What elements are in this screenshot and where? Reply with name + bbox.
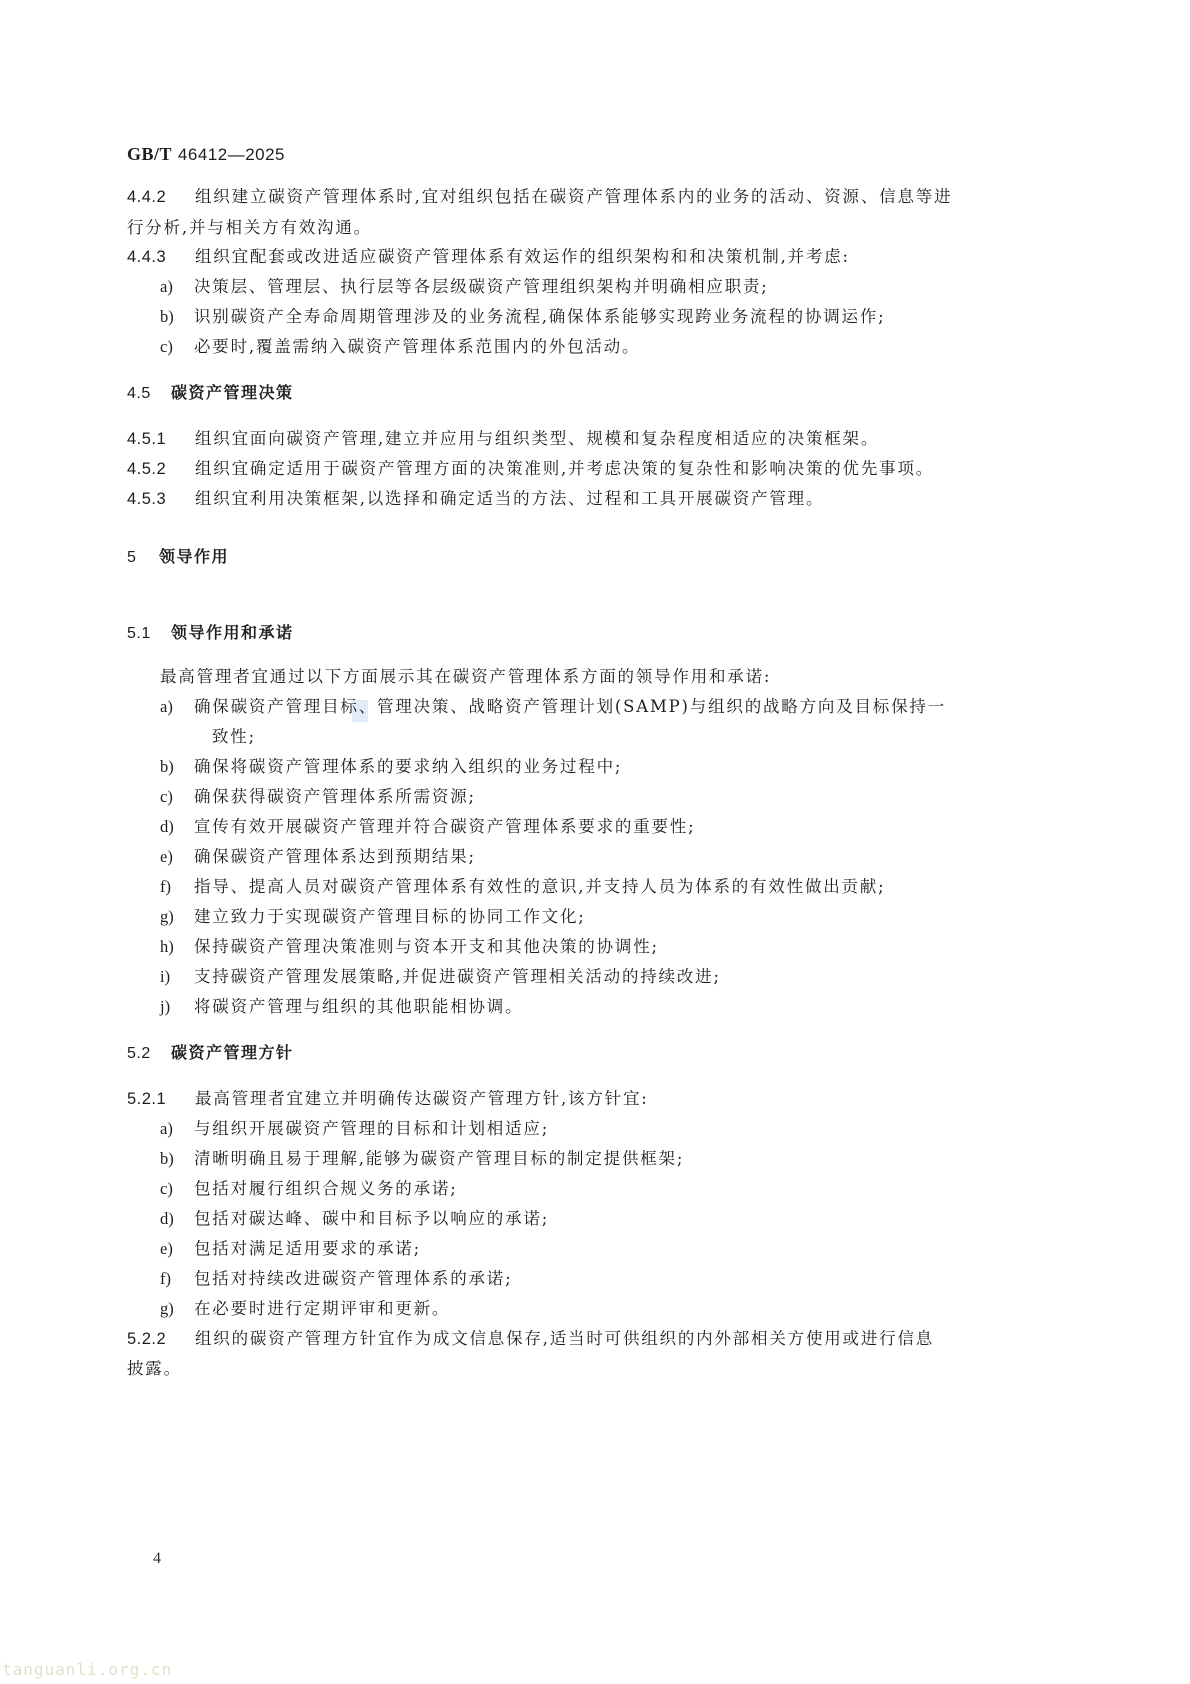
list-item-continuation: 致性; <box>212 726 256 748</box>
item-label: g) <box>160 1298 194 1320</box>
standard-prefix: GB/T <box>127 144 172 164</box>
watermark: tanguanli.org.cn <box>2 1660 172 1679</box>
clause-4-4-2-continuation: 行分析,并与相关方有效沟通。 <box>127 217 372 239</box>
item-label: b) <box>160 756 194 778</box>
item-text: 将碳资产管理与组织的其他职能相协调。 <box>194 997 523 1016</box>
clause-text: 组织宜利用决策框架,以选择和确定适当的方法、过程和工具开展碳资产管理。 <box>195 489 824 508</box>
item-text: 在必要时进行定期评审和更新。 <box>194 1299 450 1318</box>
item-label: e) <box>160 1238 194 1260</box>
clause-4-5-1: 4.5.1组织宜面向碳资产管理,建立并应用与组织类型、规模和复杂程度相适应的决策… <box>127 428 879 450</box>
list-item: a)确保碳资产管理目标、管理决策、战略资产管理计划(SAMP)与组织的战略方向及… <box>160 696 946 718</box>
item-text: 必要时,覆盖需纳入碳资产管理体系范围内的外包活动。 <box>194 337 640 356</box>
item-text: 包括对履行组织合规义务的承诺; <box>194 1179 458 1198</box>
clause-text-continuation: 披露。 <box>127 1359 182 1378</box>
item-text: 支持碳资产管理发展策略,并促进碳资产管理相关活动的持续改进; <box>194 967 721 986</box>
item-label: b) <box>160 306 194 328</box>
clause-5-1-intro: 最高管理者宜通过以下方面展示其在碳资产管理体系方面的领导作用和承诺: <box>160 666 771 688</box>
list-item: b)确保将碳资产管理体系的要求纳入组织的业务过程中; <box>160 756 622 778</box>
item-label: h) <box>160 936 194 958</box>
clause-number: 5.2.1 <box>127 1088 195 1110</box>
section-number: 5.2 <box>127 1043 171 1065</box>
item-label: a) <box>160 696 194 718</box>
section-heading-4-5: 4.5碳资产管理决策 <box>127 382 294 405</box>
list-item: b)识别碳资产全寿命周期管理涉及的业务流程,确保体系能够实现跨业务流程的协调运作… <box>160 306 886 328</box>
clause-5-2-2-continuation: 披露。 <box>127 1358 182 1380</box>
item-text: 确保获得碳资产管理体系所需资源; <box>194 787 476 806</box>
clause-5-2-2: 5.2.2组织的碳资产管理方针宜作为成文信息保存,适当时可供组织的内外部相关方使… <box>127 1328 934 1350</box>
item-label: d) <box>160 1208 194 1230</box>
item-text: 识别碳资产全寿命周期管理涉及的业务流程,确保体系能够实现跨业务流程的协调运作; <box>194 307 886 326</box>
item-label: g) <box>160 906 194 928</box>
list-item: g)在必要时进行定期评审和更新。 <box>160 1298 450 1320</box>
clause-4-4-2: 4.4.2组织建立碳资产管理体系时,宜对组织包括在碳资产管理体系内的业务的活动、… <box>127 186 952 208</box>
standard-number: 46412—2025 <box>178 145 285 164</box>
item-label: c) <box>160 336 194 358</box>
list-item: d)包括对碳达峰、碳中和目标予以响应的承诺; <box>160 1208 549 1230</box>
section-number: 5.1 <box>127 623 171 645</box>
item-text: 包括对满足适用要求的承诺; <box>194 1239 421 1258</box>
list-item: a)与组织开展碳资产管理的目标和计划相适应; <box>160 1118 549 1140</box>
item-text: 决策层、管理层、执行层等各层级碳资产管理组织架构并明确相应职责; <box>194 277 769 296</box>
item-label: e) <box>160 846 194 868</box>
clause-4-5-3: 4.5.3组织宜利用决策框架,以选择和确定适当的方法、过程和工具开展碳资产管理。 <box>127 488 824 510</box>
item-text: 宣传有效开展碳资产管理并符合碳资产管理体系要求的重要性; <box>194 817 695 836</box>
chapter-title: 领导作用 <box>159 547 229 566</box>
clause-number: 4.5.3 <box>127 488 195 510</box>
list-item: j)将碳资产管理与组织的其他职能相协调。 <box>160 996 523 1018</box>
list-item: e)确保碳资产管理体系达到预期结果; <box>160 846 476 868</box>
item-text: 包括对持续改进碳资产管理体系的承诺; <box>194 1269 512 1288</box>
item-text: 建立致力于实现碳资产管理目标的协同工作文化; <box>194 907 586 926</box>
clause-text: 组织宜配套或改进适应碳资产管理体系有效运作的组织架构和和决策机制,并考虑: <box>195 247 850 266</box>
clause-number: 4.5.1 <box>127 428 195 450</box>
item-text: 确保碳资产管理体系达到预期结果; <box>194 847 476 866</box>
clause-text-continuation: 行分析,并与相关方有效沟通。 <box>127 218 372 237</box>
clause-text: 组织宜面向碳资产管理,建立并应用与组织类型、规模和复杂程度相适应的决策框架。 <box>195 429 879 448</box>
list-item: e)包括对满足适用要求的承诺; <box>160 1238 421 1260</box>
section-title: 碳资产管理决策 <box>171 383 294 402</box>
section-title: 碳资产管理方针 <box>171 1043 294 1062</box>
page-number: 4 <box>153 1550 161 1568</box>
item-label: j) <box>160 996 194 1018</box>
list-item: f)指导、提高人员对碳资产管理体系有效性的意识,并支持人员为体系的有效性做出贡献… <box>160 876 886 898</box>
clause-number: 5.2.2 <box>127 1328 195 1350</box>
list-item: i)支持碳资产管理发展策略,并促进碳资产管理相关活动的持续改进; <box>160 966 721 988</box>
section-heading-5-1: 5.1领导作用和承诺 <box>127 622 294 645</box>
standard-code: GB/T 46412—2025 <box>127 144 285 165</box>
document-page: GB/T 46412—2025 4.4.2组织建立碳资产管理体系时,宜对组织包括… <box>0 0 1190 1684</box>
clause-5-2-1: 5.2.1最高管理者宜建立并明确传达碳资产管理方针,该方针宜: <box>127 1088 649 1110</box>
clause-text: 组织宜确定适用于碳资产管理方面的决策准则,并考虑决策的复杂性和影响决策的优先事项… <box>195 459 934 478</box>
item-label: f) <box>160 876 194 898</box>
item-text: 与组织开展碳资产管理的目标和计划相适应; <box>194 1119 549 1138</box>
section-number: 4.5 <box>127 383 171 405</box>
clause-4-4-3: 4.4.3组织宜配套或改进适应碳资产管理体系有效运作的组织架构和和决策机制,并考… <box>127 246 850 268</box>
item-label: c) <box>160 1178 194 1200</box>
list-item: c)包括对履行组织合规义务的承诺; <box>160 1178 458 1200</box>
clause-text: 组织建立碳资产管理体系时,宜对组织包括在碳资产管理体系内的业务的活动、资源、信息… <box>195 187 952 206</box>
list-item: c)确保获得碳资产管理体系所需资源; <box>160 786 476 808</box>
clause-number: 4.4.3 <box>127 246 195 268</box>
list-item: h)保持碳资产管理决策准则与资本开支和其他决策的协调性; <box>160 936 659 958</box>
item-text: 确保碳资产管理目标、管理决策、战略资产管理计划(SAMP)与组织的战略方向及目标… <box>194 697 946 716</box>
clause-4-5-2: 4.5.2组织宜确定适用于碳资产管理方面的决策准则,并考虑决策的复杂性和影响决策… <box>127 458 934 480</box>
item-label: b) <box>160 1148 194 1170</box>
list-item: c)必要时,覆盖需纳入碳资产管理体系范围内的外包活动。 <box>160 336 640 358</box>
item-label: i) <box>160 966 194 988</box>
chapter-heading-5: 5领导作用 <box>127 546 229 569</box>
clause-number: 4.4.2 <box>127 186 195 208</box>
item-text: 指导、提高人员对碳资产管理体系有效性的意识,并支持人员为体系的有效性做出贡献; <box>194 877 886 896</box>
chapter-number: 5 <box>127 547 159 569</box>
list-item: g)建立致力于实现碳资产管理目标的协同工作文化; <box>160 906 586 928</box>
clause-text: 最高管理者宜通过以下方面展示其在碳资产管理体系方面的领导作用和承诺: <box>160 667 771 686</box>
item-text: 清晰明确且易于理解,能够为碳资产管理目标的制定提供框架; <box>194 1149 684 1168</box>
item-label: f) <box>160 1268 194 1290</box>
list-item: f)包括对持续改进碳资产管理体系的承诺; <box>160 1268 512 1290</box>
item-label: a) <box>160 276 194 298</box>
clause-text: 最高管理者宜建立并明确传达碳资产管理方针,该方针宜: <box>195 1089 649 1108</box>
item-text-continuation: 致性; <box>212 727 256 746</box>
list-item: b)清晰明确且易于理解,能够为碳资产管理目标的制定提供框架; <box>160 1148 684 1170</box>
clause-number: 4.5.2 <box>127 458 195 480</box>
section-title: 领导作用和承诺 <box>171 623 294 642</box>
list-item: d)宣传有效开展碳资产管理并符合碳资产管理体系要求的重要性; <box>160 816 695 838</box>
item-text: 保持碳资产管理决策准则与资本开支和其他决策的协调性; <box>194 937 659 956</box>
item-label: a) <box>160 1118 194 1140</box>
list-item: a)决策层、管理层、执行层等各层级碳资产管理组织架构并明确相应职责; <box>160 276 769 298</box>
item-label: c) <box>160 786 194 808</box>
clause-text: 组织的碳资产管理方针宜作为成文信息保存,适当时可供组织的内外部相关方使用或进行信… <box>195 1329 934 1348</box>
item-text: 包括对碳达峰、碳中和目标予以响应的承诺; <box>194 1209 549 1228</box>
item-text: 确保将碳资产管理体系的要求纳入组织的业务过程中; <box>194 757 622 776</box>
item-label: d) <box>160 816 194 838</box>
section-heading-5-2: 5.2碳资产管理方针 <box>127 1042 294 1065</box>
